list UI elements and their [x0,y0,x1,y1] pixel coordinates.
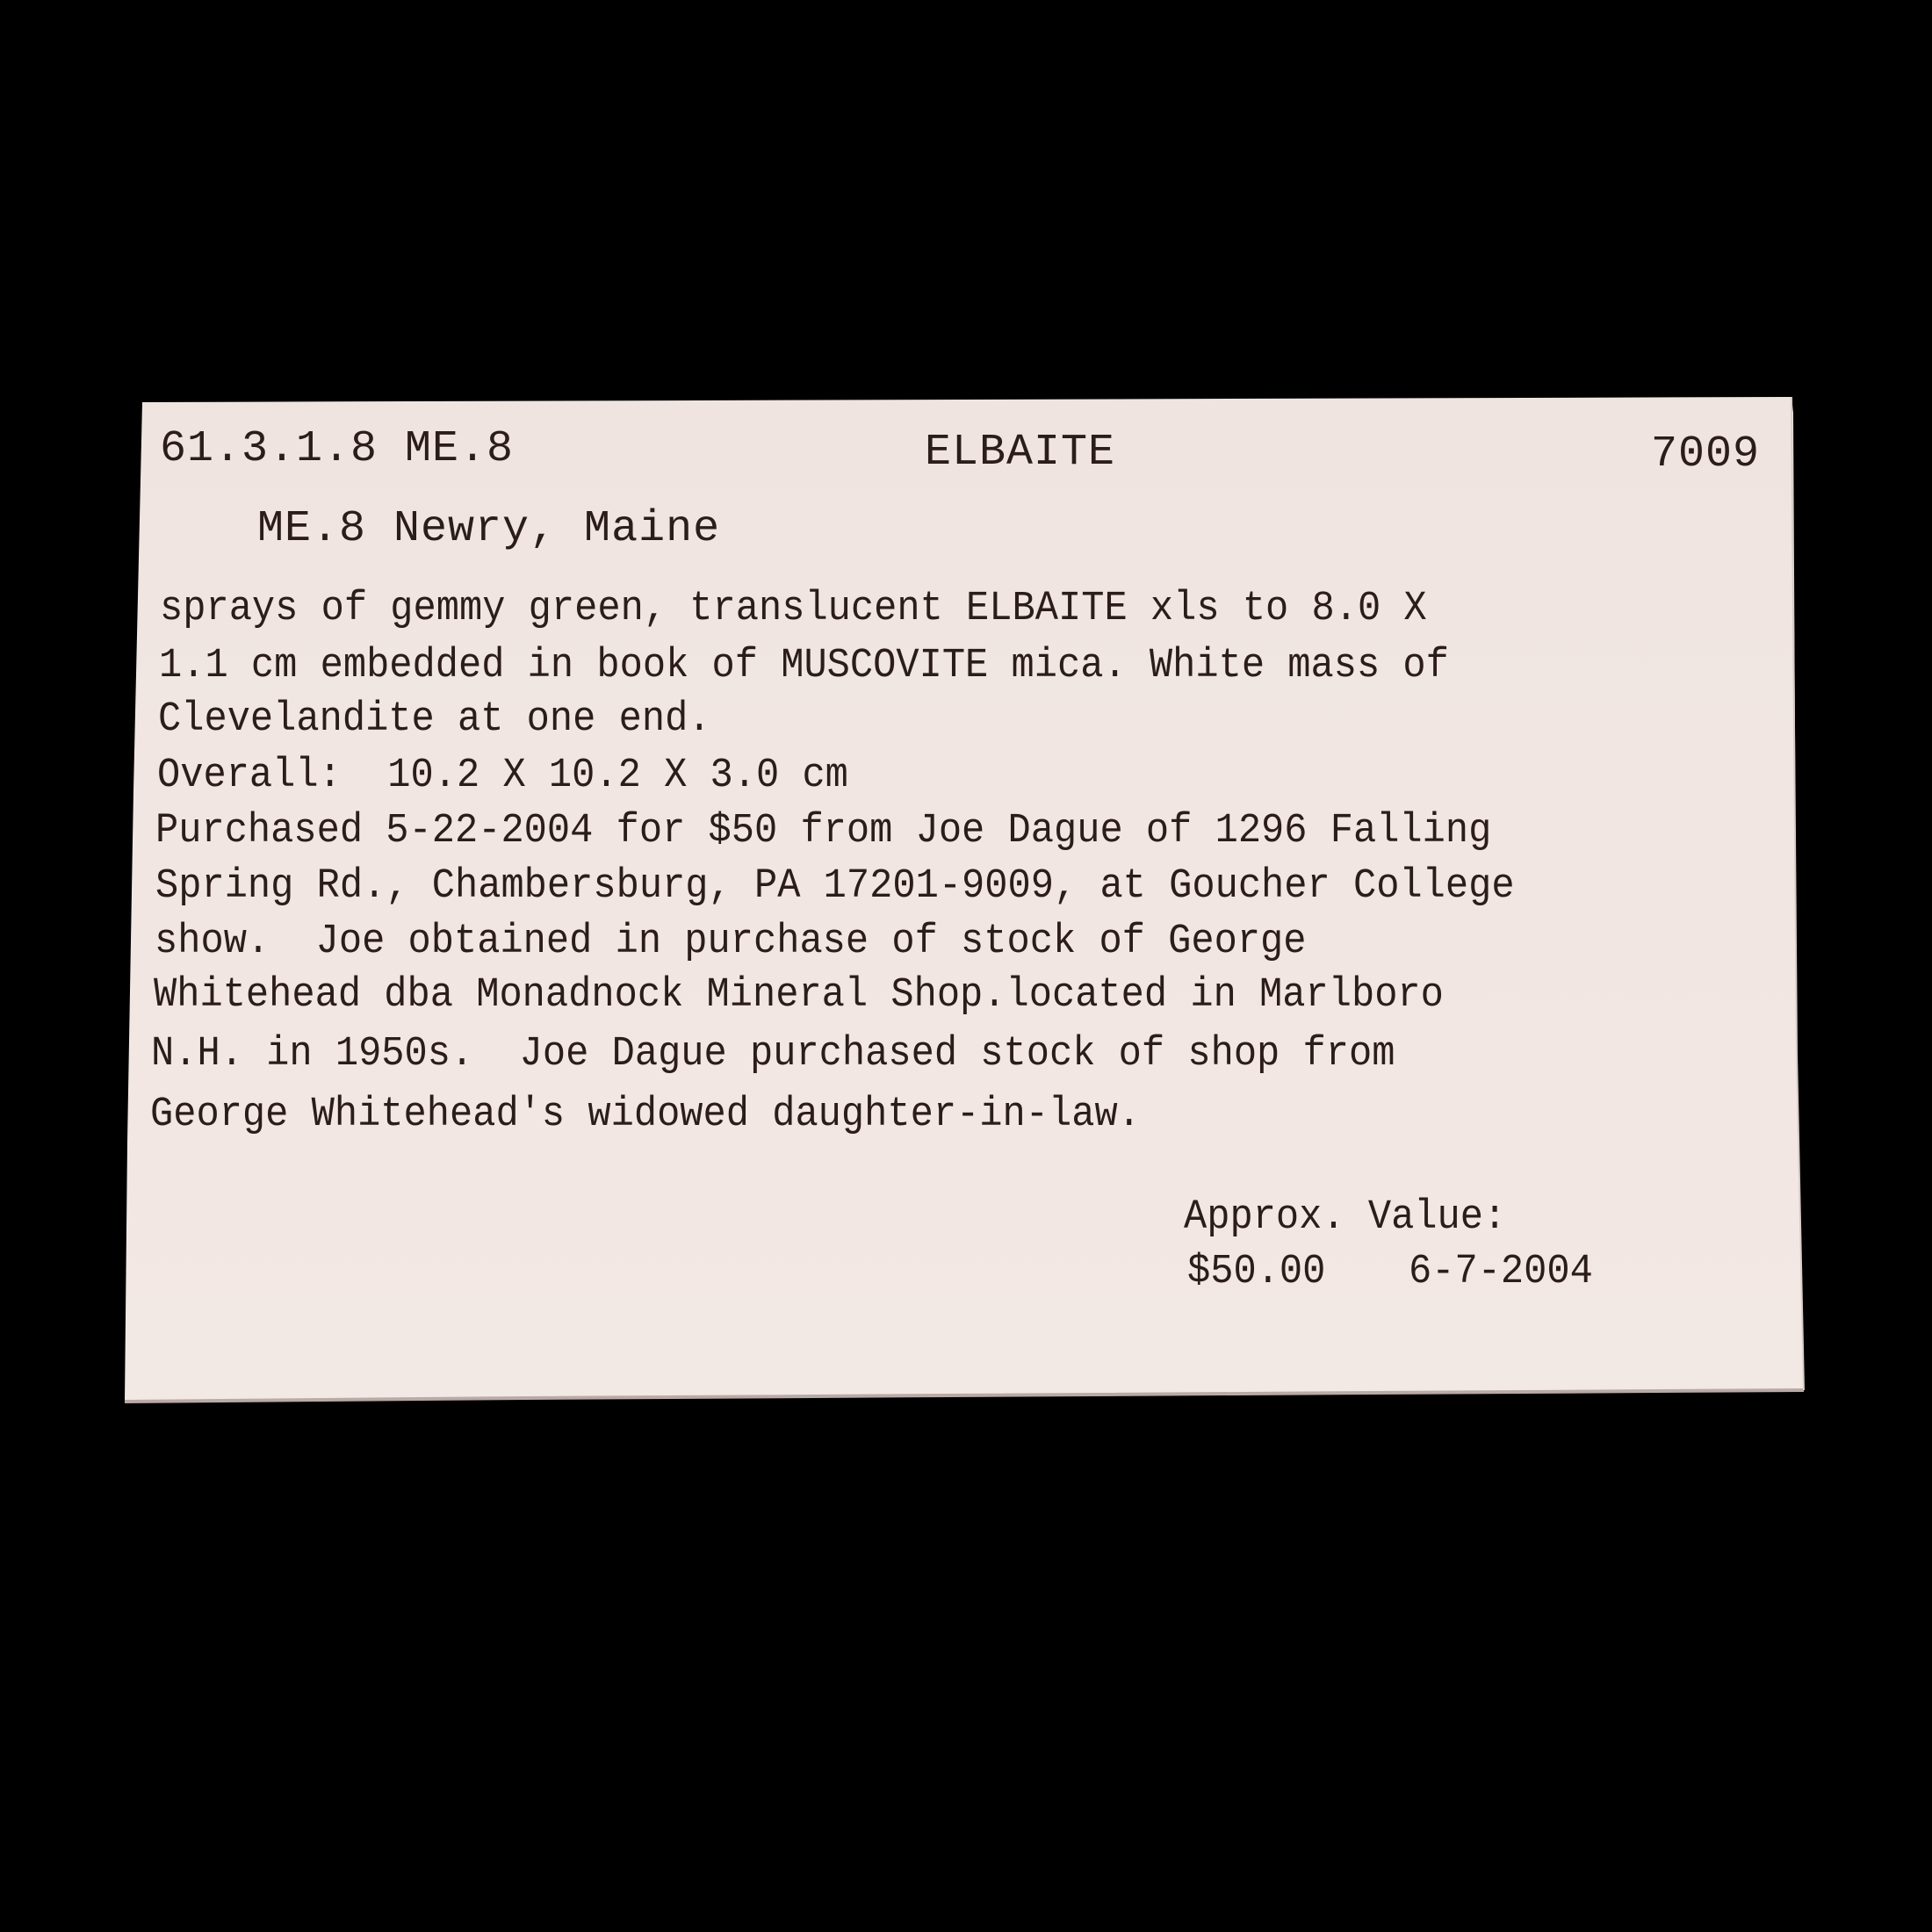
description-line: sprays of gemmy green, translucent ELBAI… [160,588,1427,630]
catalog-code: 61.3.1.8 ME.8 [160,428,514,472]
dimensions-line: Overall: 10.2 X 10.2 X 3.0 cm [157,755,848,797]
provenance-line: George Whitehead's widowed daughter-in-l… [150,1094,1141,1135]
provenance-line: N.H. in 1950s. Joe Dague purchased stock… [151,1034,1395,1075]
paper-card [0,0,1932,1932]
purchase-line: Purchased 5-22-2004 for $50 from Joe Dag… [155,811,1491,852]
specimen-number: 7009 [1651,433,1760,477]
mineral-name: ELBAITE [925,431,1115,475]
description-line: Clevelandite at one end. [158,699,711,740]
value-amount: $50.00 [1187,1251,1325,1293]
value-label: Approx. Value: [1184,1197,1506,1238]
value-date: 6-7-2004 [1409,1251,1593,1293]
purchase-line: Spring Rd., Chambersburg, PA 17201-9009,… [155,866,1515,907]
specimen-label-card: 61.3.1.8 ME.8 ELBAITE 7009 ME.8 Newry, M… [0,0,1932,1932]
locality: ME.8 Newry, Maine [257,508,720,551]
description-line: 1.1 cm embedded in book of MUSCOVITE mic… [159,645,1449,687]
provenance-line: Whitehead dba Monadnock Mineral Shop.loc… [154,975,1444,1016]
provenance-line: show. Joe obtained in purchase of stock … [155,921,1307,962]
